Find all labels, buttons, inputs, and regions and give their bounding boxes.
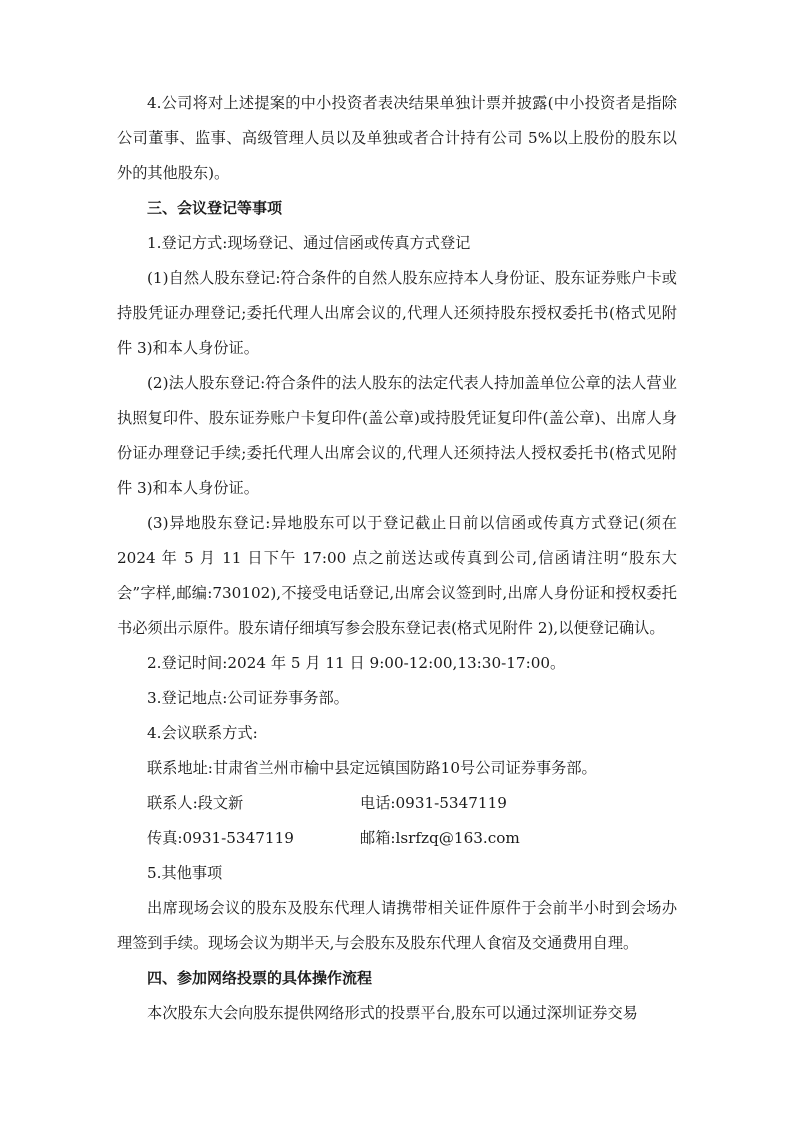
contact-email: 邮箱:lsrfzq@163.com: [360, 821, 520, 856]
item-other-matters-title: 5.其他事项: [117, 856, 677, 891]
item-registration-method: 1.登记方式:现场登记、通过信函或传真方式登记: [117, 226, 677, 261]
section-heading-registration: 三、会议登记等事项: [117, 191, 677, 226]
contact-phone: 电话:0931-5347119: [360, 786, 507, 821]
document-page: 4.公司将对上述提案的中小投资者表决结果单独计票并披露(中小投资者是指除公司董事…: [117, 86, 677, 1031]
item-registration-place: 3.登记地点:公司证券事务部。: [117, 681, 677, 716]
item-legal-person-registration: (2)法人股东登记:符合条件的法人股东的法定代表人持加盖单位公章的法人营业执照复…: [117, 366, 677, 506]
item-contact-title: 4.会议联系方式:: [117, 716, 677, 751]
item-other-matters-body: 出席现场会议的股东及股东代理人请携带相关证件原件于会前半小时到会场办理签到手续。…: [117, 891, 677, 961]
section-heading-online-voting: 四、参加网络投票的具体操作流程: [117, 961, 677, 996]
contact-person: 联系人:段文新: [147, 786, 360, 821]
contact-row-fax-email: 传真:0931-5347119 邮箱:lsrfzq@163.com: [117, 821, 677, 856]
paragraph-online-voting-intro: 本次股东大会向股东提供网络形式的投票平台,股东可以通过深圳证券交易: [117, 996, 677, 1031]
item-natural-person-registration: (1)自然人股东登记:符合条件的自然人股东应持本人身份证、股东证券账户卡或持股凭…: [117, 261, 677, 366]
paragraph-minority-investor-voting: 4.公司将对上述提案的中小投资者表决结果单独计票并披露(中小投资者是指除公司董事…: [117, 86, 677, 191]
contact-address: 联系地址:甘肃省兰州市榆中县定远镇国防路10号公司证券事务部。: [117, 751, 677, 786]
item-registration-time: 2.登记时间:2024 年 5 月 11 日 9:00-12:00,13:30-…: [117, 646, 677, 681]
contact-row-person-phone: 联系人:段文新 电话:0931-5347119: [117, 786, 677, 821]
item-remote-registration: (3)异地股东登记:异地股东可以于登记截止日前以信函或传真方式登记(须在 202…: [117, 506, 677, 646]
contact-fax: 传真:0931-5347119: [147, 821, 360, 856]
